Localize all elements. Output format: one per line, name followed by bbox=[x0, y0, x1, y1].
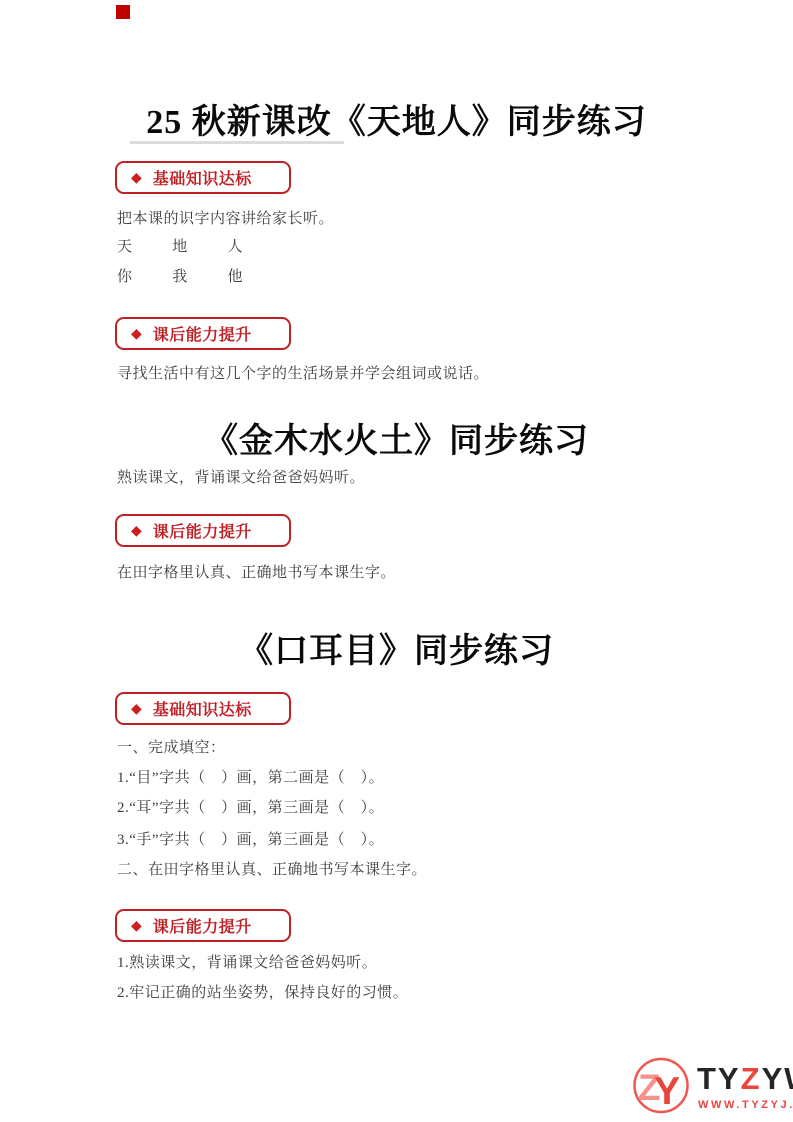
badge-shadow bbox=[263, 542, 303, 554]
logo-monogram-icon: Z Y bbox=[631, 1054, 691, 1117]
character: 地 bbox=[172, 235, 188, 256]
task-line: 1.熟读课文，背诵课文给爸爸妈妈听。 bbox=[117, 951, 377, 972]
divider-line bbox=[130, 141, 344, 144]
fill-blank-question: 2.“耳”字共（ ）画，第三画是（ ）。 bbox=[117, 796, 384, 817]
worksheet-page: 25 秋新课改《天地人》同步练习 ◆ 基础知识达标 把本课的识字内容讲给家长听。… bbox=[0, 0, 793, 1122]
badge-shadow bbox=[263, 720, 303, 732]
character-row-1: 天 地 人 bbox=[117, 235, 279, 256]
fill-blank-question: 1.“目”字共（ ）画，第二画是（ ）。 bbox=[117, 766, 384, 787]
worksheet-title-jinmushuihuotu: 《金木水火土》同步练习 bbox=[0, 413, 793, 462]
character-row-2: 你 我 他 bbox=[117, 265, 279, 286]
task-line: 2.牢记正确的站坐姿势，保持良好的习惯。 bbox=[117, 981, 408, 1002]
exercise-part-two: 二、在田字格里认真、正确地书写本课生字。 bbox=[117, 858, 427, 879]
diamond-icon: ◆ bbox=[131, 524, 142, 538]
task-line: 熟读课文，背诵课文给爸爸妈妈听。 bbox=[117, 466, 365, 487]
badge-shadow bbox=[263, 345, 303, 357]
badge-basic-knowledge: ◆ 基础知识达标 bbox=[115, 692, 291, 725]
badge-shadow bbox=[263, 937, 303, 949]
badge-label: 基础知识达标 bbox=[153, 697, 252, 720]
character: 我 bbox=[172, 265, 188, 286]
diamond-icon: ◆ bbox=[131, 171, 142, 185]
character: 他 bbox=[228, 265, 244, 286]
badge-shadow bbox=[263, 189, 303, 201]
svg-text:Y: Y bbox=[654, 1070, 680, 1113]
diamond-icon: ◆ bbox=[131, 919, 142, 933]
logo-text-accent: Z bbox=[741, 1061, 762, 1096]
worksheet-title-tiandiren: 25 秋新课改《天地人》同步练习 bbox=[0, 94, 793, 143]
worksheet-title-kouermu: 《口耳目》同步练习 bbox=[0, 623, 793, 672]
badge-label: 基础知识达标 bbox=[153, 166, 252, 189]
character: 人 bbox=[228, 235, 244, 256]
logo-text: YW bbox=[762, 1061, 793, 1096]
badge-after-class: ◆ 课后能力提升 bbox=[115, 514, 291, 547]
diamond-icon: ◆ bbox=[131, 702, 142, 716]
logo-text: TY bbox=[697, 1061, 741, 1096]
badge-basic-knowledge: ◆ 基础知识达标 bbox=[115, 161, 291, 194]
badge-after-class: ◆ 课后能力提升 bbox=[115, 909, 291, 942]
badge-label: 课后能力提升 bbox=[153, 914, 252, 937]
logo-website-url: WWW.TYZYJ.CN bbox=[698, 1099, 793, 1111]
badge-after-class: ◆ 课后能力提升 bbox=[115, 317, 291, 350]
exercise-intro: 一、完成填空： bbox=[117, 736, 226, 757]
badge-label: 课后能力提升 bbox=[153, 519, 252, 542]
task-line: 把本课的识字内容讲给家长听。 bbox=[117, 207, 334, 228]
diamond-icon: ◆ bbox=[131, 327, 142, 341]
character: 你 bbox=[117, 265, 133, 286]
logo-wordmark: TYZYW bbox=[697, 1061, 793, 1097]
badge-label: 课后能力提升 bbox=[153, 322, 252, 345]
fill-blank-question: 3.“手”字共（ ）画，第三画是（ ）。 bbox=[117, 828, 384, 849]
red-square-marker bbox=[116, 5, 130, 19]
task-line: 寻找生活中有这几个字的生活场景并学会组词或说话。 bbox=[117, 362, 489, 383]
character: 天 bbox=[117, 235, 133, 256]
task-line: 在田字格里认真、正确地书写本课生字。 bbox=[117, 561, 396, 582]
